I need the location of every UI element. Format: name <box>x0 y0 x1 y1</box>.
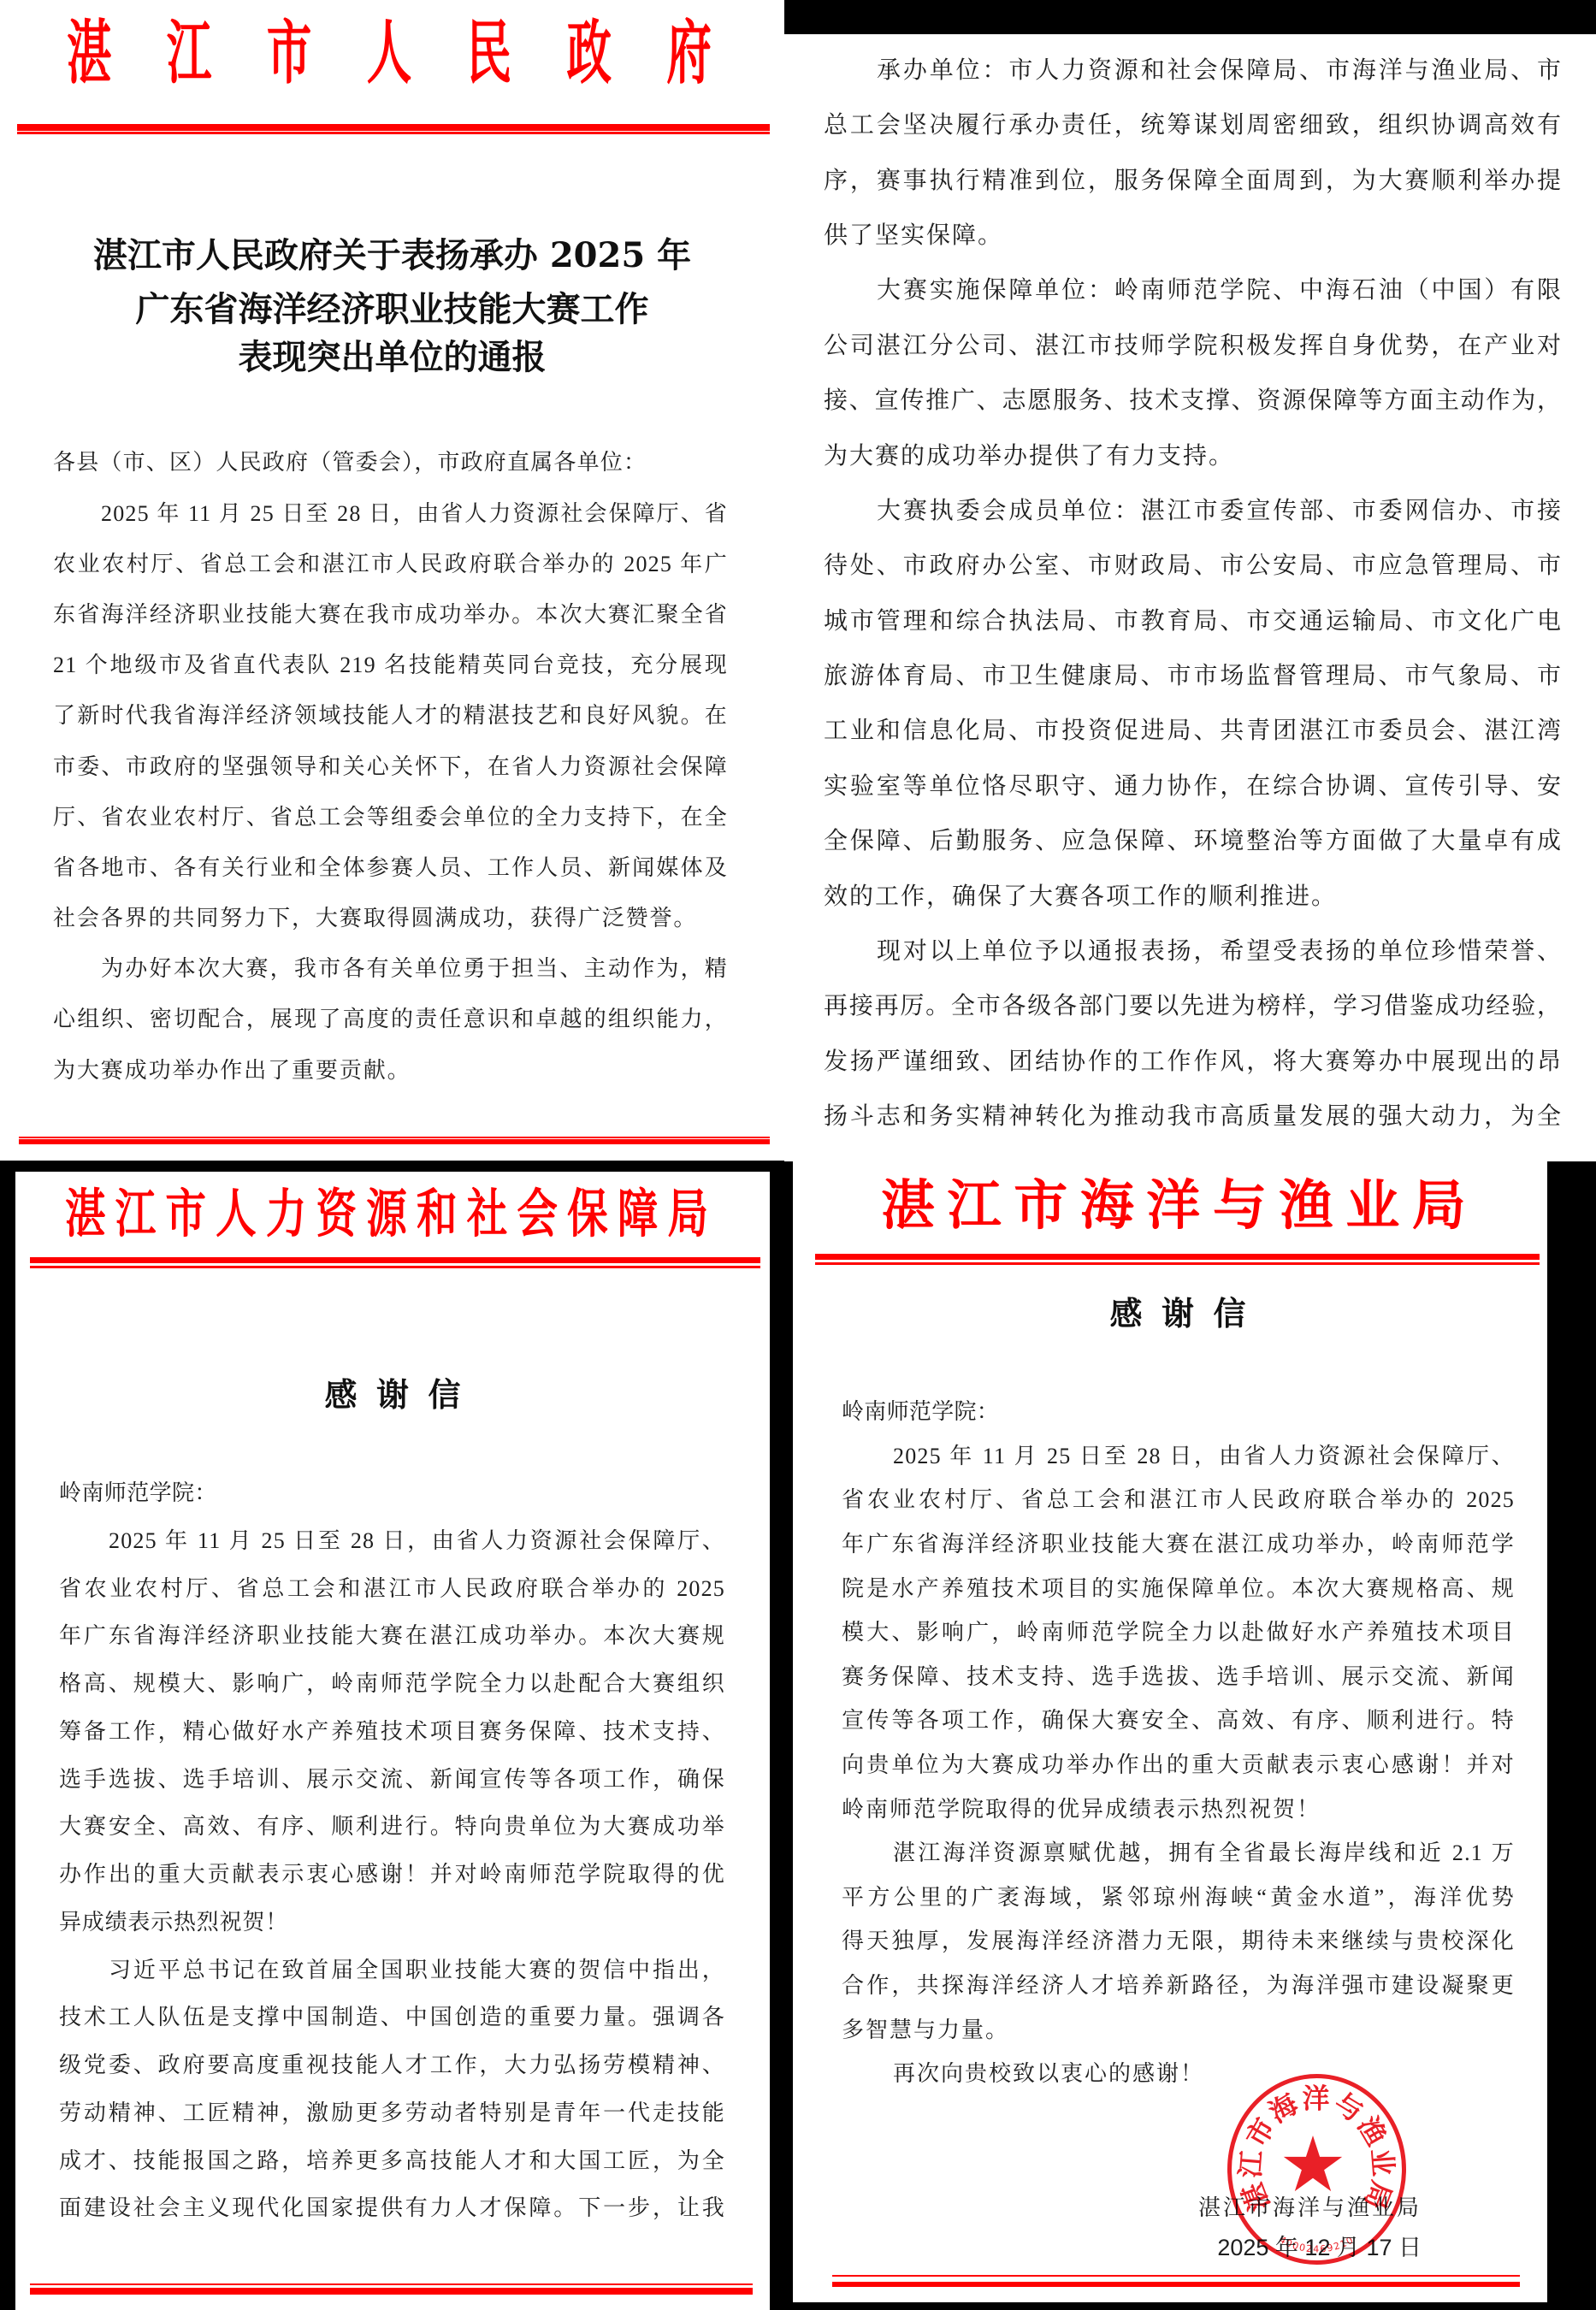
body-line: 了新时代我省海洋经济领域技能人才的精湛技艺和良好风貌。在 <box>53 690 728 741</box>
letter-title: 感谢信 <box>801 1292 1547 1335</box>
body-line: 级党委、政府要高度重视技能人才工作，大力弘扬劳模精神、 <box>59 2041 725 2089</box>
body-line: 劳动精神、工匠精神，激励更多劳动者特别是青年一代走技能 <box>59 2089 725 2137</box>
footer-rule-thin <box>832 2275 1520 2277</box>
document-title-line: 表现突出单位的通报 <box>0 332 784 383</box>
notice-body: 各县（市、区）人民政府（管委会），市政府直属各单位： 2025 年 11 月 2… <box>53 437 728 1095</box>
notice-body-continued: 承办单位：市人力资源和社会保障局、市海洋与渔业局、市 总工会坚决履行承办责任，统… <box>824 44 1562 1145</box>
body-line: 宣传等各项工作，确保大赛安全、高效、有序、顺利进行。特 <box>842 1699 1515 1743</box>
document-title-line: 湛江市人民政府关于表扬承办 2025 年 <box>0 230 784 281</box>
body-line: 年广东省海洋经济职业技能大赛在湛江成功举办。本次大赛规 <box>59 1612 725 1660</box>
body-line: 21 个地级市及省直代表队 219 名技能精英同台竞技，充分展现 <box>53 640 728 690</box>
body-line: 效的工作，确保了大赛各项工作的顺利推进。 <box>824 870 1562 925</box>
body-line: 东省海洋经济职业技能大赛在我市成功举办。本次大赛汇聚全省 <box>53 589 728 640</box>
official-seal: 湛江市海洋与渔业局 40002469210 <box>1215 2061 1420 2283</box>
seal-code: 40002469210 <box>1278 2234 1357 2254</box>
body-line: 平方公里的广袤海域，紧邻琼州海峡“黄金水道”，海洋优势 <box>842 1876 1515 1920</box>
body-line: 得天独厚，发展海洋经济潜力无限，期待未来继续与贵校深化 <box>842 1919 1515 1964</box>
body-line: 全保障、后勤服务、应急保障、环境整治等方面做了大量卓有成 <box>824 814 1562 869</box>
org-letterhead: 湛江市人力资源和社会保障局 <box>65 1187 718 1241</box>
body-line: 再接再厉。全市各级各部门要以先进为榜样，学习借鉴成功经验， <box>824 979 1562 1034</box>
body-line: 为办好本次大赛，我市各有关单位勇于担当、主动作为，精 <box>53 943 728 994</box>
salutation: 岭南师范学院： <box>842 1390 1515 1434</box>
body-line: 序，赛事执行精准到位，服务保障全面周到，为大赛顺利举办提 <box>824 154 1562 209</box>
letterhead-rule-thick <box>815 1254 1540 1260</box>
body-line: 模大、影响广，岭南师范学院全力以赴做好水产养殖技术项目 <box>842 1610 1515 1655</box>
footer-rule-thin <box>30 2283 753 2285</box>
body-line: 成才、技能报国之路，培养更多高技能人才和大国工匠，为全 <box>59 2137 725 2185</box>
body-line: 大赛执委会成员单位：湛江市委宣传部、市委网信办、市接 <box>824 484 1562 539</box>
letterhead-rule-thin <box>815 1262 1540 1265</box>
body-line: 旅游体育局、市卫生健康局、市市场监督管理局、市气象局、市 <box>824 649 1562 704</box>
body-line: 大赛实施保障单位：岭南师范学院、中海石油（中国）有限 <box>824 263 1562 318</box>
body-line: 市委、市政府的坚强领导和关心关怀下，在省人力资源社会保障 <box>53 741 728 792</box>
footer-rule-thick <box>832 2282 1520 2287</box>
body-line: 筹备工作，精心做好水产养殖技术项目赛务保障、技术支持、 <box>59 1708 725 1756</box>
body-line: 格高、规模大、影响广，岭南师范学院全力以赴配合大赛组织 <box>59 1660 725 1708</box>
body-line: 办作出的重大贡献表示衷心感谢！并对岭南师范学院取得的优 <box>59 1851 725 1899</box>
body-line: 省农业农村厅、省总工会和湛江市人民政府联合举办的 2025 <box>842 1478 1515 1522</box>
body-line: 为大赛成功举办作出了重要贡献。 <box>53 1045 728 1096</box>
body-line: 现对以上单位予以通报表扬，希望受表扬的单位珍惜荣誉、 <box>824 925 1562 979</box>
body-line: 大赛安全、高效、有序、顺利进行。特向贵单位为大赛成功举 <box>59 1803 725 1851</box>
body-line: 选手选拔、选手培训、展示交流、新闻宣传等各项工作，确保 <box>59 1756 725 1804</box>
body-line: 2025 年 11 月 25 日至 28 日，由省人力资源社会保障厅、省 <box>53 488 728 539</box>
body-line: 技术工人队伍是支撑中国制造、中国创造的重要力量。强调各 <box>59 1994 725 2041</box>
footer-rule-thick <box>19 1139 770 1144</box>
body-line: 合作，共探海洋经济人才培养新路径，为海洋强市建设凝聚更 <box>842 1964 1515 2008</box>
star-icon <box>1284 2136 1342 2191</box>
footer-rule-thick <box>30 2288 753 2295</box>
salutation: 岭南师范学院： <box>59 1469 725 1517</box>
seal-code-path: 40002469210 <box>1278 2234 1357 2254</box>
body-line: 厅、省农业农村厅、省总工会等组委会单位的全力支持下，在全 <box>53 792 728 842</box>
body-line: 待处、市政府办公室、市财政局、市公安局、市应急管理局、市 <box>824 539 1562 594</box>
hrss-thank-you-letter: 湛江市人力资源和社会保障局 感谢信 岭南师范学院： 2025 年 11 月 25… <box>15 1172 770 2310</box>
letterhead-rule-thick <box>17 124 770 131</box>
body-line: 农业农村厅、省总工会和湛江市人民政府联合举办的 2025 年广 <box>53 539 728 589</box>
body-line: 发扬严谨细致、团结协作的工作作风，将大赛筹办中展现出的昂 <box>824 1035 1562 1090</box>
body-line: 供了坚实保障。 <box>824 209 1562 263</box>
body-line: 为大赛的成功举办提供了有力支持。 <box>824 429 1562 484</box>
body-line: 2025 年 11 月 25 日至 28 日，由省人力资源社会保障厅、 <box>59 1517 725 1565</box>
body-line: 社会各界的共同努力下，大赛取得圆满成功，获得广泛赞誉。 <box>53 893 728 943</box>
letterhead-rule-thin <box>30 1266 760 1268</box>
letterhead-rule-thin <box>17 132 770 134</box>
body-line: 省各地市、各有关行业和全体参赛人员、工作人员、新闻媒体及 <box>53 842 728 893</box>
ocean-fisheries-thank-you-letter: 湛江市海洋与渔业局 感谢信 岭南师范学院： 2025 年 11 月 25 日至 … <box>793 1161 1547 2302</box>
body-line: 年广东省海洋经济职业技能大赛在湛江成功举办，岭南师范学 <box>842 1522 1515 1567</box>
footer-rule-thin <box>19 1137 770 1138</box>
body-line: 2025 年 11 月 25 日至 28 日，由省人力资源社会保障厅、 <box>842 1434 1515 1479</box>
body-line: 面建设社会主义现代化国家提供有力人才保障。下一步，让我 <box>59 2184 725 2232</box>
body-line: 城市管理和综合执法局、市教育局、市交通运输局、市文化广电 <box>824 594 1562 649</box>
body-line: 多智慧与力量。 <box>842 2008 1515 2053</box>
body-line: 习近平总书记在致首届全国职业技能大赛的贺信中指出， <box>59 1947 725 1994</box>
letterhead-rule-thick <box>30 1257 760 1263</box>
body-line: 扬斗志和务实精神转化为推动我市高质量发展的强大动力，为全 <box>824 1090 1562 1144</box>
org-letterhead: 湛江市人民政府 <box>67 16 766 90</box>
body-line: 工业和信息化局、市投资促进局、共青团湛江市委员会、湛江湾 <box>824 704 1562 759</box>
body-line: 承办单位：市人力资源和社会保障局、市海洋与渔业局、市 <box>824 44 1562 98</box>
letter-title: 感谢信 <box>15 1374 770 1416</box>
body-line: 岭南师范学院取得的优异成绩表示热烈祝贺！ <box>842 1787 1515 1832</box>
body-line: 异成绩表示热烈祝贺！ <box>59 1899 725 1947</box>
body-line: 接、宣传推广、志愿服务、技术支撑、资源保障等方面主动作为， <box>824 374 1562 428</box>
notice-page-2: 承办单位：市人力资源和社会保障局、市海洋与渔业局、市 总工会坚决履行承办责任，统… <box>784 34 1596 1161</box>
body-line: 总工会坚决履行承办责任，统筹谋划周密细致，组织协调高效有 <box>824 98 1562 153</box>
notice-page-1: 湛江市人民政府 湛江市人民政府关于表扬承办 2025 年 广东省海洋经济职业技能… <box>0 0 784 1161</box>
body-line: 心组织、密切配合，展现了高度的责任意识和卓越的组织能力， <box>53 994 728 1044</box>
body-line: 向贵单位为大赛成功举办作出的重大贡献表示衷心感谢！并对 <box>842 1743 1515 1787</box>
body-line: 省农业农村厅、省总工会和湛江市人民政府联合举办的 2025 <box>59 1565 725 1613</box>
body-line: 公司湛江分公司、湛江市技师学院积极发挥自身优势，在产业对 <box>824 319 1562 374</box>
salutation: 各县（市、区）人民政府（管委会），市政府直属各单位： <box>53 437 728 487</box>
document-title-line: 广东省海洋经济职业技能大赛工作 <box>0 284 784 335</box>
letter-body: 岭南师范学院： 2025 年 11 月 25 日至 28 日，由省人力资源社会保… <box>842 1390 1515 2096</box>
body-line: 湛江海洋资源禀赋优越，拥有全省最长海岸线和近 2.1 万 <box>842 1831 1515 1876</box>
body-line: 实验室等单位恪尽职守、通力协作，在综合协调、宣传引导、安 <box>824 759 1562 814</box>
body-line: 赛务保障、技术支持、选手选拔、选手培训、展示交流、新闻 <box>842 1655 1515 1699</box>
body-line: 院是水产养殖技术项目的实施保障单位。本次大赛规格高、规 <box>842 1567 1515 1611</box>
org-letterhead: 湛江市海洋与渔业局 <box>881 1179 1478 1231</box>
letter-body: 岭南师范学院： 2025 年 11 月 25 日至 28 日，由省人力资源社会保… <box>59 1469 725 2232</box>
